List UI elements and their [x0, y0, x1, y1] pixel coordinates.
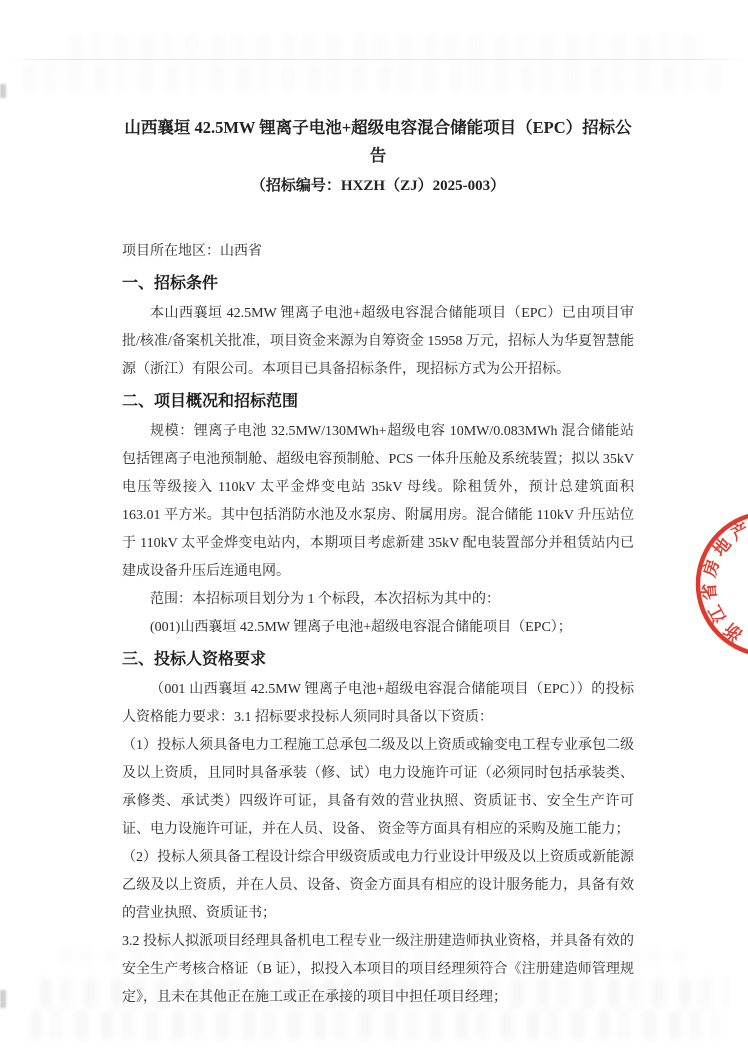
paragraph: 规模：锂离子电池 32.5MW/130MWh+超级电容 10MW/0.083MW… [122, 418, 634, 586]
red-seal-stamp: 浙江省房地产 [688, 505, 748, 675]
scan-bleedthrough-top-2 [24, 63, 724, 91]
document-body: 一、招标条件 本山西襄垣 42.5MW 锂离子电池+超级电容混合储能项目（EPC… [122, 270, 634, 1012]
paragraph: 本山西襄垣 42.5MW 锂离子电池+超级电容混合储能项目（EPC）已由项目审批… [122, 300, 634, 384]
paragraph: （2）投标人须具备工程设计综合甲级资质或电力行业设计甲级及以上资质或新能源乙级及… [122, 844, 634, 928]
section-heading: 一、招标条件 [122, 270, 634, 298]
project-location: 项目所在地区：山西省 [122, 238, 634, 266]
scan-edge-mark-bottom [0, 990, 6, 1008]
paragraph: (001)山西襄垣 42.5MW 锂离子电池+超级电容混合储能项目（EPC）； [122, 614, 634, 642]
paragraph: （1）投标人须具备电力工程施工总承包二级及以上资质或输变电工程专业承包二级及以上… [122, 732, 634, 844]
scan-bleedthrough-bottom-3 [30, 1010, 718, 1040]
tender-number: （招标编号：HXZH（ZJ）2025-003） [122, 172, 634, 200]
paragraph: （001 山西襄垣 42.5MW 锂离子电池+超级电容混合储能项目（EPC））的… [122, 676, 634, 732]
scanned-document-page: 山西襄垣 42.5MW 锂离子电池+超级电容混合储能项目（EPC）招标公告 （招… [0, 0, 748, 1055]
document-content: 山西襄垣 42.5MW 锂离子电池+超级电容混合储能项目（EPC）招标公告 （招… [122, 114, 634, 1012]
scan-bleedthrough-top-1 [70, 34, 708, 58]
section-heading: 三、投标人资格要求 [122, 646, 634, 674]
paragraph: 3.2 投标人拟派项目经理具备机电工程专业一级注册建造师执业资格，并具备有效的安… [122, 928, 634, 1012]
scan-edge-mark-top [0, 84, 6, 98]
document-title: 山西襄垣 42.5MW 锂离子电池+超级电容混合储能项目（EPC）招标公告 [122, 114, 634, 170]
section-heading: 二、项目概况和招标范围 [122, 388, 634, 416]
paragraph: 范围：本招标项目划分为 1 个标段，本次招标为其中的： [122, 586, 634, 614]
scan-bleedthrough-line [0, 59, 748, 60]
stamp-text: 浙江省房地产 [698, 517, 748, 646]
